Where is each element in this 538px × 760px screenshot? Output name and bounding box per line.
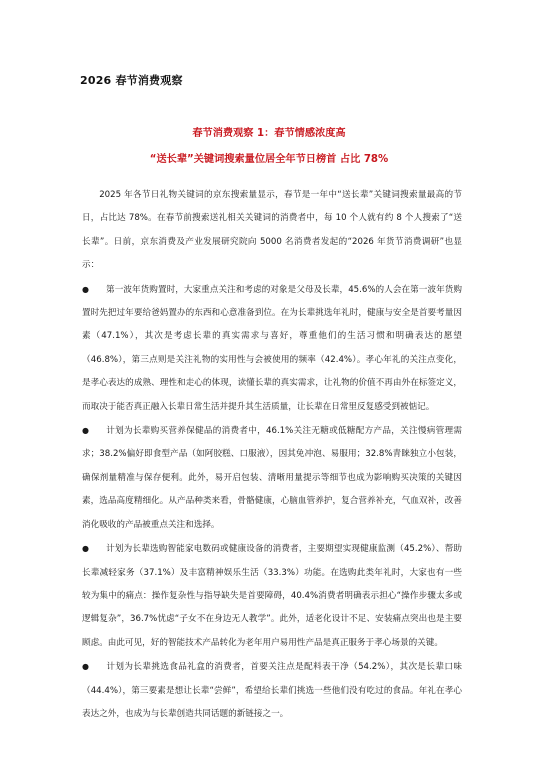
bullet-icon: ●	[82, 278, 106, 301]
bullet-icon: ●	[82, 655, 106, 678]
bullet-text: 计划为长辈挑选食品礼盒的消费者，首要关注点是配料表干净（54.2%），其次是长辈…	[82, 662, 462, 719]
article-body: 2025 年各节日礼物关键词的京东搜索量显示，春节是一年中“送长辈”关键词搜索量…	[82, 184, 462, 726]
bullet-item: ●计划为长辈挑选食品礼盒的消费者，首要关注点是配料表干净（54.2%），其次是长…	[82, 655, 462, 726]
subtitle-1: 春节消费观察 1：春节情感浓度高	[0, 124, 538, 139]
bullet-item: ●计划为长辈选购智能家电数码或健康设备的消费者，主要期望实现健康监测（45.2%…	[82, 537, 462, 655]
bullet-text: 计划为长辈选购智能家电数码或健康设备的消费者，主要期望实现健康监测（45.2%）…	[82, 544, 462, 648]
subtitle-2: “送长辈”关键词搜索量位居全年节日榜首 占比 78%	[0, 150, 538, 165]
bullet-text: 第一波年货购置时，大家重点关注和考虑的对象是父母及长辈，45.6%的人会在第一波…	[82, 285, 462, 412]
bullet-item: ●第一波年货购置时，大家重点关注和考虑的对象是父母及长辈，45.6%的人会在第一…	[82, 278, 462, 419]
page-heading: 2026 春节消费观察	[80, 72, 183, 88]
bullet-icon: ●	[82, 419, 106, 442]
intro-paragraph: 2025 年各节日礼物关键词的京东搜索量显示，春节是一年中“送长辈”关键词搜索量…	[82, 184, 462, 278]
bullet-icon: ●	[82, 537, 106, 560]
bullet-item: ●计划为长辈购买营养保健品的消费者中，46.1%关注无糖或低糖配方产品，关注慢病…	[82, 419, 462, 537]
bullet-text: 计划为长辈购买营养保健品的消费者中，46.1%关注无糖或低糖配方产品，关注慢病管…	[82, 426, 462, 530]
